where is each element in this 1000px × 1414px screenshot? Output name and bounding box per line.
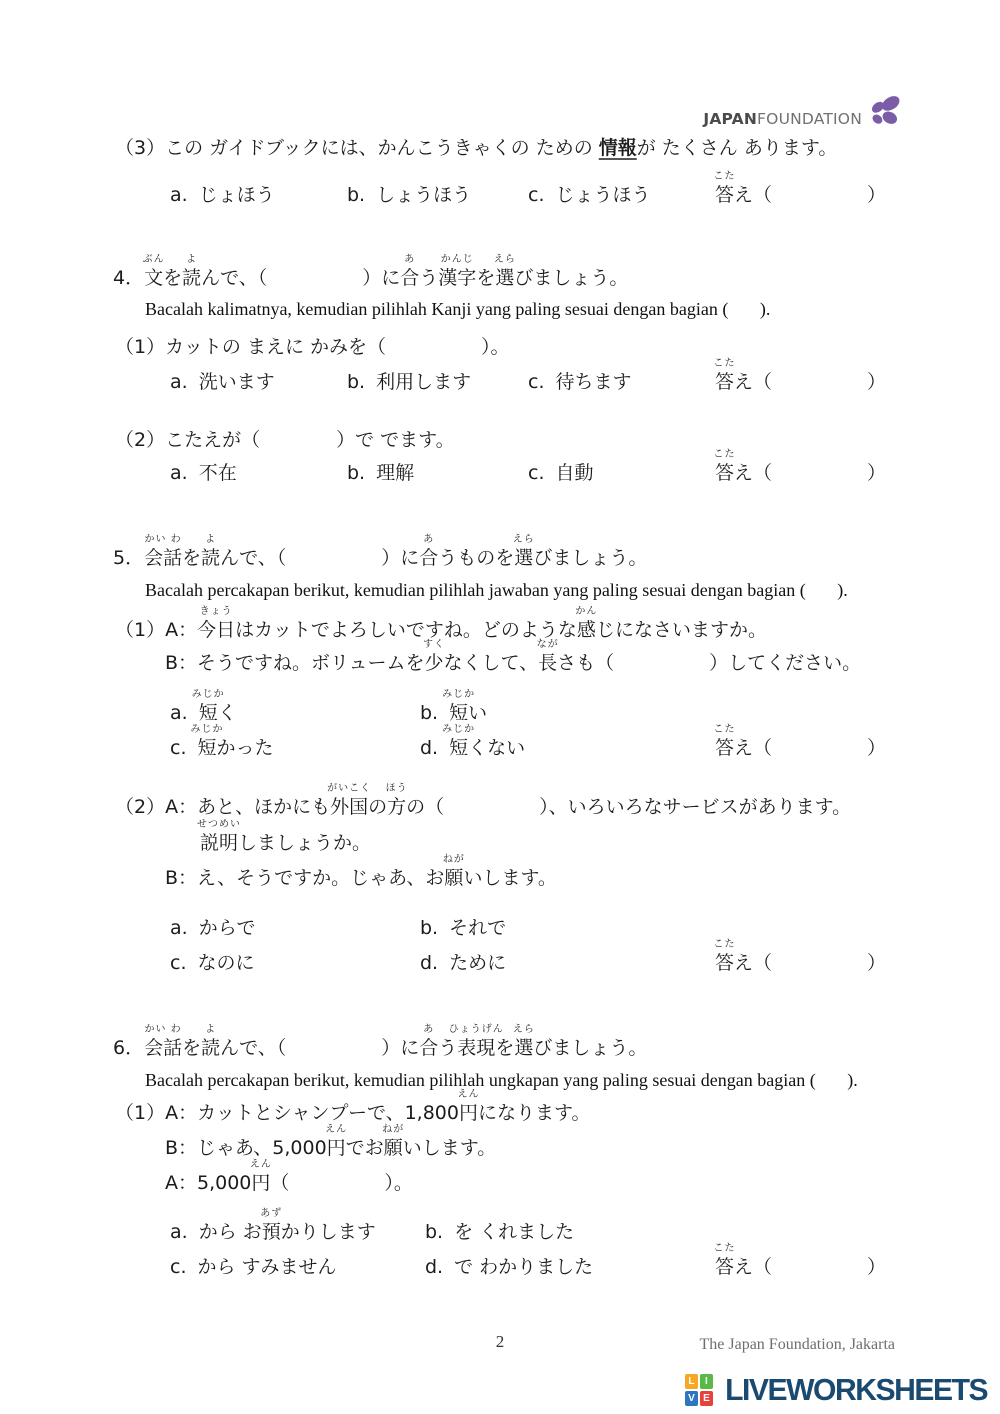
option-text: からで xyxy=(199,917,256,939)
option-c: c.じょうほう xyxy=(528,183,651,207)
question-6-title: 6．かい わ会話をよ読んで、（ ）にあ合うひょうげん表現をえら選びましょう。 xyxy=(113,1036,647,1060)
option-text: みじか短く xyxy=(199,702,237,724)
option-c: c.から すみません xyxy=(170,1255,337,1279)
option-label: a. xyxy=(170,916,188,940)
option-label: a. xyxy=(170,183,188,207)
option-text: 理解 xyxy=(376,462,414,484)
question-4-1-stem: （1）カットの まえに かみを（ ）。 xyxy=(115,335,509,359)
liveworksheets-logo: L I V E LIVEWORKSHEETS xyxy=(685,1374,987,1406)
option-c: c.待ちます xyxy=(528,370,632,394)
question-6-instruction: Bacalah percakapan berikut, kemudian pil… xyxy=(145,1068,858,1092)
option-text: 待ちます xyxy=(556,371,632,393)
option-text: ために xyxy=(449,952,506,974)
option-text: 洗います xyxy=(199,371,275,393)
question-4-2-stem: （2）こたえが（ ）で でます。 xyxy=(115,428,455,452)
option-text: それで xyxy=(449,917,506,939)
question-3-stem: （3）この ガイドブックには、かんこうきゃくの ための 情報が たくさん ありま… xyxy=(115,136,837,160)
option-a: a.みじか短く xyxy=(170,701,237,725)
option-label: c. xyxy=(170,951,187,975)
option-label: c. xyxy=(170,736,187,760)
option-text: 利用します xyxy=(376,371,471,393)
option-b: b.それで xyxy=(420,916,506,940)
option-b: b.を くれました xyxy=(425,1220,574,1244)
answer-field-q3[interactable]: こた答え（ ） xyxy=(715,183,886,207)
option-b: b.みじか短い xyxy=(420,701,487,725)
option-a: a.不在 xyxy=(170,461,237,485)
liveworksheets-icon: L I V E xyxy=(685,1374,713,1406)
option-label: b. xyxy=(420,916,438,940)
logo-foundation-text: FOUNDATION xyxy=(757,110,862,128)
japan-foundation-logo: JAPANFOUNDATION xyxy=(703,93,905,131)
option-a: a.洗います xyxy=(170,370,275,394)
option-d: d.で わかりました xyxy=(425,1255,593,1279)
question-5-2-line-b: B：え、そうですか。じゃあ、おねが願いします。 xyxy=(165,866,557,890)
option-b: b.利用します xyxy=(347,370,471,394)
logo-square-l: L xyxy=(685,1374,698,1389)
logo-japan-text: JAPAN xyxy=(703,110,757,128)
question-5-2-line-a: （2）A：あと、ほかにもがいこく外国のほう方の（ ）、いろいろなサービスがありま… xyxy=(115,795,851,819)
question-5-stem: かい わ会話をよ読んで、（ ）にあ合うものをえら選びましょう。 xyxy=(144,547,647,569)
footer-publisher: The Japan Foundation, Jakarta xyxy=(700,1336,896,1354)
question-6-1-line-b: B：じゃあ、5,000えん円でおねが願いします。 xyxy=(165,1136,496,1160)
question-number: 4． xyxy=(113,267,144,289)
logo-square-i: I xyxy=(700,1374,713,1389)
question-6-1-options-row-2: c.から すみません d.で わかりました こた答え（ ） xyxy=(0,1255,1000,1375)
logo-square-e: E xyxy=(700,1391,713,1406)
option-label: b. xyxy=(347,461,365,485)
answer-field-q6-1[interactable]: こた答え（ ） xyxy=(715,1255,886,1279)
answer-field-q4-1[interactable]: こた答え（ ） xyxy=(715,370,886,394)
option-text: から おあず預かりします xyxy=(199,1221,376,1243)
option-a: a.から おあず預かりします xyxy=(170,1220,376,1244)
option-c: c.自動 xyxy=(528,461,594,485)
question-5-1-line-b: B：そうですね。ボリュームをすく少なくして、なが長さも（ ）してください。 xyxy=(165,651,861,675)
option-b: b.しょうほう xyxy=(347,183,471,207)
japan-foundation-wordmark: JAPANFOUNDATION xyxy=(703,110,862,128)
option-d: d.みじか短くない xyxy=(420,736,525,760)
answer-field-q5-1[interactable]: こた答え（ ） xyxy=(715,736,886,760)
option-text: じょほう xyxy=(199,184,275,206)
question-4-stem: ぶん文をよ読んで、（ ）にあ合うかんじ漢字をえら選びましょう。 xyxy=(144,267,628,289)
option-text: みじか短くない xyxy=(449,737,525,759)
question-4-instruction: Bacalah kalimatnya, kemudian pilihlah Ka… xyxy=(145,297,770,321)
question-5-instruction: Bacalah percakapan berikut, kemudian pil… xyxy=(145,578,848,602)
option-label: b. xyxy=(425,1220,443,1244)
option-label: d. xyxy=(420,951,438,975)
question-number: 6． xyxy=(113,1037,144,1059)
option-text: じょうほう xyxy=(556,184,651,206)
option-text: で わかりました xyxy=(454,1256,593,1278)
option-label: d. xyxy=(425,1255,443,1279)
question-5-2-line-a2: せつめい説明しましょうか。 xyxy=(200,831,371,855)
option-text: を くれました xyxy=(454,1221,574,1243)
option-c: c.なのに xyxy=(170,951,255,975)
question-4-title: 4．ぶん文をよ読んで、（ ）にあ合うかんじ漢字をえら選びましょう。 xyxy=(113,266,628,290)
option-text: 自動 xyxy=(556,462,594,484)
option-label: a. xyxy=(170,461,188,485)
butterfly-icon xyxy=(867,93,905,131)
option-a: a.じょほう xyxy=(170,183,275,207)
option-c: c.みじか短かった xyxy=(170,736,274,760)
option-label: a. xyxy=(170,370,188,394)
option-label: c. xyxy=(170,1255,187,1279)
option-label: b. xyxy=(347,370,365,394)
answer-field-q4-2[interactable]: こた答え（ ） xyxy=(715,461,886,485)
option-label: c. xyxy=(528,461,545,485)
option-text: なのに xyxy=(198,952,255,974)
option-label: c. xyxy=(528,370,545,394)
option-label: a. xyxy=(170,701,188,725)
option-label: b. xyxy=(420,701,438,725)
liveworksheets-wordmark: LIVEWORKSHEETS xyxy=(725,1374,987,1406)
option-label: a. xyxy=(170,1220,188,1244)
option-text: 不在 xyxy=(199,462,237,484)
worksheet-page: JAPANFOUNDATION （3）この ガイドブックには、かんこうきゃくの … xyxy=(0,0,1000,1414)
option-text: しょうほう xyxy=(376,184,471,206)
option-b: b.理解 xyxy=(347,461,414,485)
logo-square-v: V xyxy=(685,1391,698,1406)
question-6-stem: かい わ会話をよ読んで、（ ）にあ合うひょうげん表現をえら選びましょう。 xyxy=(144,1037,647,1059)
question-number: 5． xyxy=(113,547,144,569)
option-label: c. xyxy=(528,183,545,207)
option-d: d.ために xyxy=(420,951,506,975)
answer-field-q5-2[interactable]: こた答え（ ） xyxy=(715,951,886,975)
option-a: a.からで xyxy=(170,916,256,940)
option-label: d. xyxy=(420,736,438,760)
question-5-title: 5．かい わ会話をよ読んで、（ ）にあ合うものをえら選びましょう。 xyxy=(113,546,647,570)
question-6-1-line-a2: A：5,000えん円（ ）。 xyxy=(165,1171,413,1195)
option-text: みじか短い xyxy=(449,702,487,724)
question-6-1-line-a: （1）A：カットとシャンプーで、1,800えん円になります。 xyxy=(115,1101,590,1125)
option-text: から すみません xyxy=(198,1256,337,1278)
option-text: みじか短かった xyxy=(198,737,274,759)
option-label: b. xyxy=(347,183,365,207)
